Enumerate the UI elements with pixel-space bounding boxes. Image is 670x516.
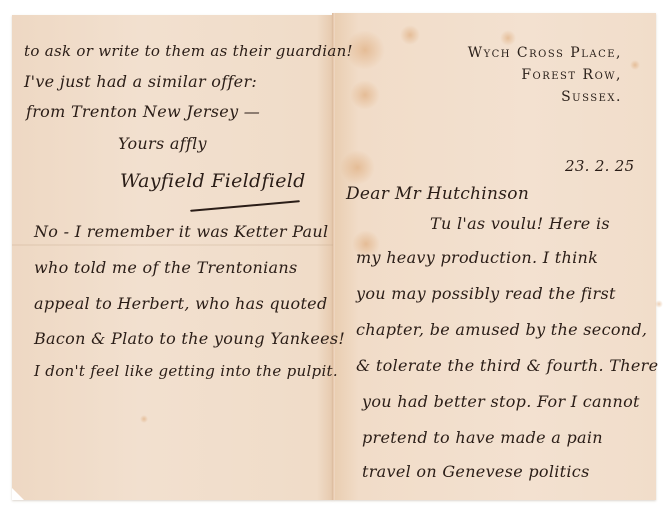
right-body-line: travel on Genevese politics [362,462,590,481]
foxing-stain [350,80,380,110]
left-body-line: to ask or write to them as their guardia… [24,42,353,60]
postscript-line: appeal to Herbert, who has quoted [34,294,328,313]
right-body-line: Tu l'as voulu! Here is [430,214,610,233]
right-body-line: you may possibly read the first [356,284,616,303]
letterhead-county: Sussex. [468,86,622,108]
right-body-line: pretend to have made a pain [362,428,603,447]
foxing-stain [655,300,663,308]
dog-eared-corner [12,488,24,500]
foxing-stain [140,415,148,423]
letterhead-town: Forest Row, [468,64,622,86]
letter-salutation: Dear Mr Hutchinson [346,184,529,204]
letterhead: Wych Cross Place, Forest Row, Sussex. [468,42,622,108]
postscript-line: who told me of the Trentonians [34,258,298,277]
right-body-line: & tolerate the third & fourth. There [356,356,658,375]
center-fold-seam [332,13,335,500]
postscript-line: I don't feel like getting into the pulpi… [34,362,338,380]
left-body-line: from Trenton New Jersey — [26,102,260,121]
foxing-stain [340,150,375,185]
postscript-line: No - I remember it was Ketter Paul [34,222,328,241]
right-body-line: chapter, be amused by the second, [356,320,647,339]
letter-date: 23. 2. 25 [565,157,635,175]
postscript-line: Bacon & Plato to the young Yankees! [34,329,345,348]
right-body-line: you had better stop. For I cannot [362,392,640,411]
foxing-stain [630,60,640,70]
letterhead-house: Wych Cross Place, [468,42,622,64]
foxing-stain [400,25,420,45]
right-body-line: my heavy production. I think [356,248,598,267]
letter-closing: Yours affly [118,134,207,153]
signature: Wayfield Fieldfield [120,170,306,192]
horizontal-fold-crease [12,244,333,246]
left-body-line: I've just had a similar offer: [24,72,257,91]
